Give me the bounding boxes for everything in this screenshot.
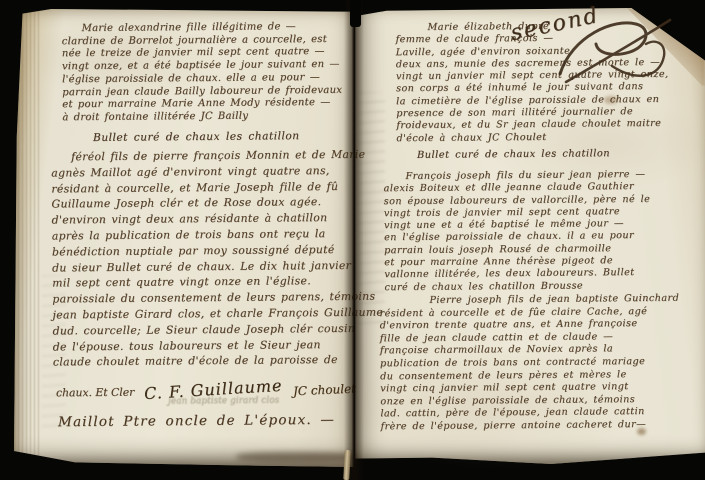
handwritten-line: curé de chaux les chatillon Brousse — [384, 280, 651, 295]
signature-maillot: Maillot Ptre oncle de L'époux. — — [58, 412, 335, 430]
handwritten-line: frère de l'épouse, pierre antoine cacher… — [381, 419, 681, 434]
cure-signature-line: Bullet curé de chaux les chatillon — [93, 130, 300, 144]
page-stack-edge — [14, 9, 40, 467]
baptism-act-francois-joseph-boiteux: François joseph fils du sieur jean pierr… — [383, 169, 651, 294]
gutter-top-notch — [350, 0, 361, 27]
handwritten-line: froidevaux, et du Sr jean claude choulet… — [396, 118, 669, 133]
handwritten-line: vallonne illitérée, les deux laboureurs.… — [384, 267, 651, 282]
handwritten-line: d'école à chaux JC Choulet — [396, 130, 669, 145]
handwritten-line: du sieur Bullet curé de chaux. Le dix hu… — [52, 257, 383, 276]
shadow-stain — [236, 452, 356, 462]
marriage-act-fereol-monnin: féréol fils de pierre françois Monnin et… — [51, 147, 384, 371]
cure-signature-line: Bullet curé de chaux les chatillon — [417, 148, 610, 161]
handwritten-line: claude choulet maitre d'école de la paro… — [53, 352, 384, 371]
book-gutter — [344, 0, 364, 480]
manuscript-scan: Marie alexandrine fille illégitime de —c… — [0, 0, 705, 480]
faint-ghost-signature: jean baptiste girard clos — [168, 396, 279, 407]
signature-prefix: chaux. Et Cler — [56, 386, 134, 400]
handwritten-line: féréol fils de pierre françois Monnin et… — [71, 147, 382, 166]
baptism-act-marie-alexandrine: Marie alexandrine fille illégitime de —c… — [62, 21, 343, 125]
handwritten-line: et pour marraine Marie Anne Mody résiden… — [62, 97, 342, 112]
paraph-flourish — [552, 16, 682, 90]
handwritten-line: à droit fontaine illitérée JC Bailly — [62, 110, 342, 125]
handwritten-line: publication de trois bans ont contracté … — [380, 356, 680, 371]
handwritten-line: d'environ trente quatre ans, et Anne fra… — [380, 318, 680, 333]
handwritten-line: dud. courcelle; Le Sieur claude Joseph c… — [53, 320, 384, 339]
marriage-act-pierre-joseph-guinchard: Pierre joseph fils de jean baptiste Guin… — [379, 293, 680, 434]
